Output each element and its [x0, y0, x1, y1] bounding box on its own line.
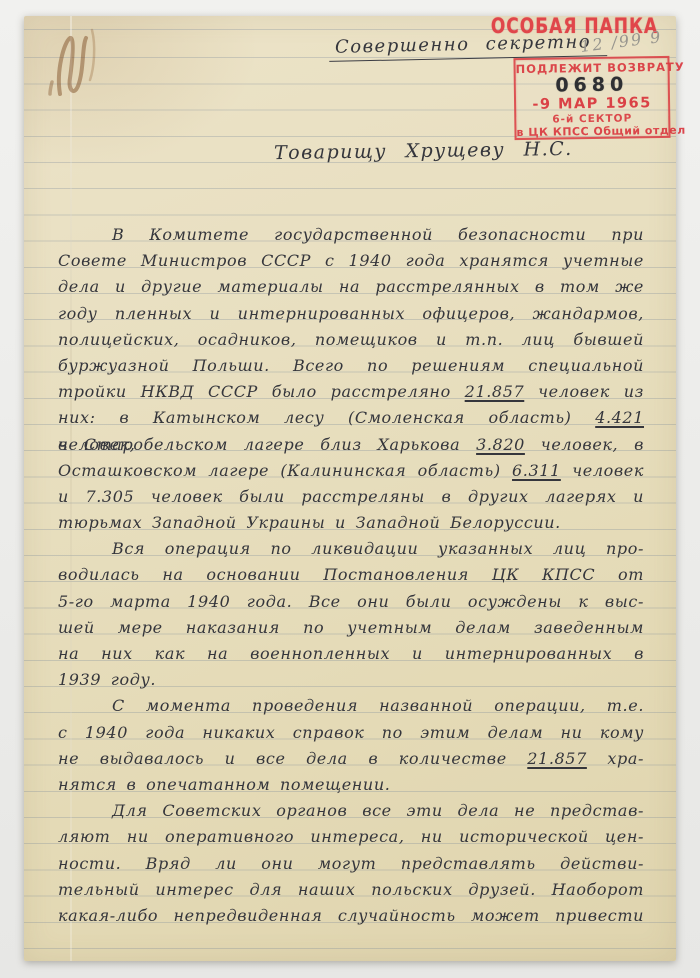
handwritten-line: ляют ни оперативного интереса, ни истори…: [58, 824, 644, 850]
return-stamp-text: ПОДЛЕЖИТ ВОЗВРАТУ: [515, 60, 667, 76]
handwritten-line: буржуазной Польши. Всего по решениям спе…: [58, 353, 644, 379]
text-segment: с 1940 года никаких справок по этим дела…: [58, 723, 644, 742]
text-segment: Осташковском лагере (Калининская область…: [58, 461, 512, 480]
text-segment: буржуазной Польши. Всего по решениям спе…: [58, 356, 644, 375]
text-segment: полицейских, осадников, помещиков и т.п.…: [58, 330, 644, 349]
text-segment: и 7.305 человек были расстреляны в други…: [58, 487, 644, 506]
text-segment: шей мере наказания по учетным делам заве…: [58, 618, 644, 637]
text-segment: тельный интерес для наших польских друзе…: [58, 880, 644, 899]
text-segment: водилась на основании Постановления ЦК К…: [58, 565, 644, 584]
handwritten-line: на них как на военнопленных и интерниров…: [58, 641, 644, 667]
handwritten-line: Вся операция по ликвидации указанных лиц…: [58, 536, 644, 562]
text-segment: Вся операция по ликвидации указанных лиц…: [112, 539, 644, 558]
handwritten-line: какая-либо непредвиденная случайность мо…: [58, 903, 644, 929]
salutation: Товарищу Хрущеву Н.С.: [274, 138, 573, 164]
handwritten-line: в Старобельском лагере близ Харькова 3.8…: [58, 432, 644, 458]
text-segment: тюрьмах Западной Украины и Западной Бело…: [58, 513, 561, 532]
text-segment: человек, в: [525, 435, 644, 454]
underlined-number: 4.421: [595, 408, 644, 427]
handwritten-line: 1939 году.: [58, 667, 644, 693]
text-segment: не выдавалось и все дела в количестве: [58, 749, 527, 768]
handwritten-line: нятся в опечатанном помещении.: [58, 772, 644, 798]
scan-background: ОСОБАЯ ПАПКА 12 /99 9 Совершенно секретн…: [0, 0, 700, 978]
text-segment: тройки НКВД СССР было расстреляно: [58, 382, 465, 401]
handwritten-line: и 7.305 человек были расстреляны в други…: [58, 484, 644, 510]
underlined-number: 21.857: [527, 749, 587, 768]
handwritten-line: тельный интерес для наших польских друзе…: [58, 877, 644, 903]
handwritten-line: полицейских, осадников, помещиков и т.п.…: [58, 327, 644, 353]
handwritten-line: В Комитете государственной безопасности …: [58, 222, 644, 248]
handwritten-line: Совете Министров СССР с 1940 года хранят…: [58, 248, 644, 274]
handwritten-line: дела и другие материалы на расстрелянных…: [58, 274, 644, 300]
text-segment: Для Советских органов все эти дела не пр…: [112, 801, 644, 820]
handwritten-line: Для Советских органов все эти дела не пр…: [58, 798, 644, 824]
text-segment: 1939 году.: [58, 670, 156, 689]
handwritten-line: не выдавалось и все дела в количестве 21…: [58, 746, 644, 772]
text-segment: человек из: [524, 382, 644, 401]
text-segment: какая-либо непредвиденная случайность мо…: [58, 906, 644, 925]
handwritten-line: тройки НКВД СССР было расстреляно 21.857…: [58, 379, 644, 405]
text-segment: в Старобельском лагере близ Харькова: [58, 435, 476, 454]
handwritten-line: тюрьмах Западной Украины и Западной Бело…: [58, 510, 644, 536]
text-segment: них: в Катынском лесу (Смоленская област…: [58, 408, 595, 427]
body-lines: В Комитете государственной безопасности …: [58, 222, 644, 929]
document-paper: ОСОБАЯ ПАПКА 12 /99 9 Совершенно секретн…: [24, 16, 676, 961]
handwritten-line: ности. Вряд ли они могут представлять де…: [58, 851, 644, 877]
handwritten-line: С момента проведения названной операции,…: [58, 693, 644, 719]
handwritten-line: году пленных и интернированных офицеров,…: [58, 301, 644, 327]
handwritten-line: 5-го марта 1940 года. Все они были осужд…: [58, 589, 644, 615]
text-segment: году пленных и интернированных офицеров,…: [58, 304, 644, 323]
text-segment: человек: [561, 461, 644, 480]
underlined-number: 6.311: [512, 461, 561, 480]
text-segment: ляют ни оперативного интереса, ни истори…: [58, 827, 644, 846]
handwritten-line: шей мере наказания по учетным делам заве…: [58, 615, 644, 641]
return-stamp: ПОДЛЕЖИТ ВОЗВРАТУ 0680 -9 МАР 1965 6-й С…: [513, 56, 670, 140]
underlined-number: 21.857: [465, 382, 525, 401]
text-segment: Совете Министров СССР с 1940 года хранят…: [58, 251, 644, 270]
ink-scribble-mark: [30, 16, 140, 116]
text-segment: ности. Вряд ли они могут представлять де…: [58, 854, 644, 873]
handwritten-line: с 1940 года никаких справок по этим дела…: [58, 720, 644, 746]
underlined-number: 3.820: [476, 435, 525, 454]
text-segment: С момента проведения названной операции,…: [112, 696, 644, 715]
text-segment: нятся в опечатанном помещении.: [58, 775, 390, 794]
text-segment: 5-го марта 1940 года. Все они были осужд…: [58, 592, 644, 611]
handwritten-line: водилась на основании Постановления ЦК К…: [58, 562, 644, 588]
text-segment: дела и другие материалы на расстрелянных…: [58, 277, 644, 296]
text-segment: В Комитете государственной безопасности …: [112, 225, 644, 244]
handwritten-line: Осташковском лагере (Калининская область…: [58, 458, 644, 484]
return-stamp-number: 0680: [516, 74, 668, 97]
text-segment: хра-: [587, 749, 644, 768]
text-segment: на них как на военнопленных и интерниров…: [58, 644, 644, 663]
handwritten-line: них: в Катынском лесу (Смоленская област…: [58, 405, 644, 431]
return-stamp-date: -9 МАР 1965: [516, 95, 668, 114]
